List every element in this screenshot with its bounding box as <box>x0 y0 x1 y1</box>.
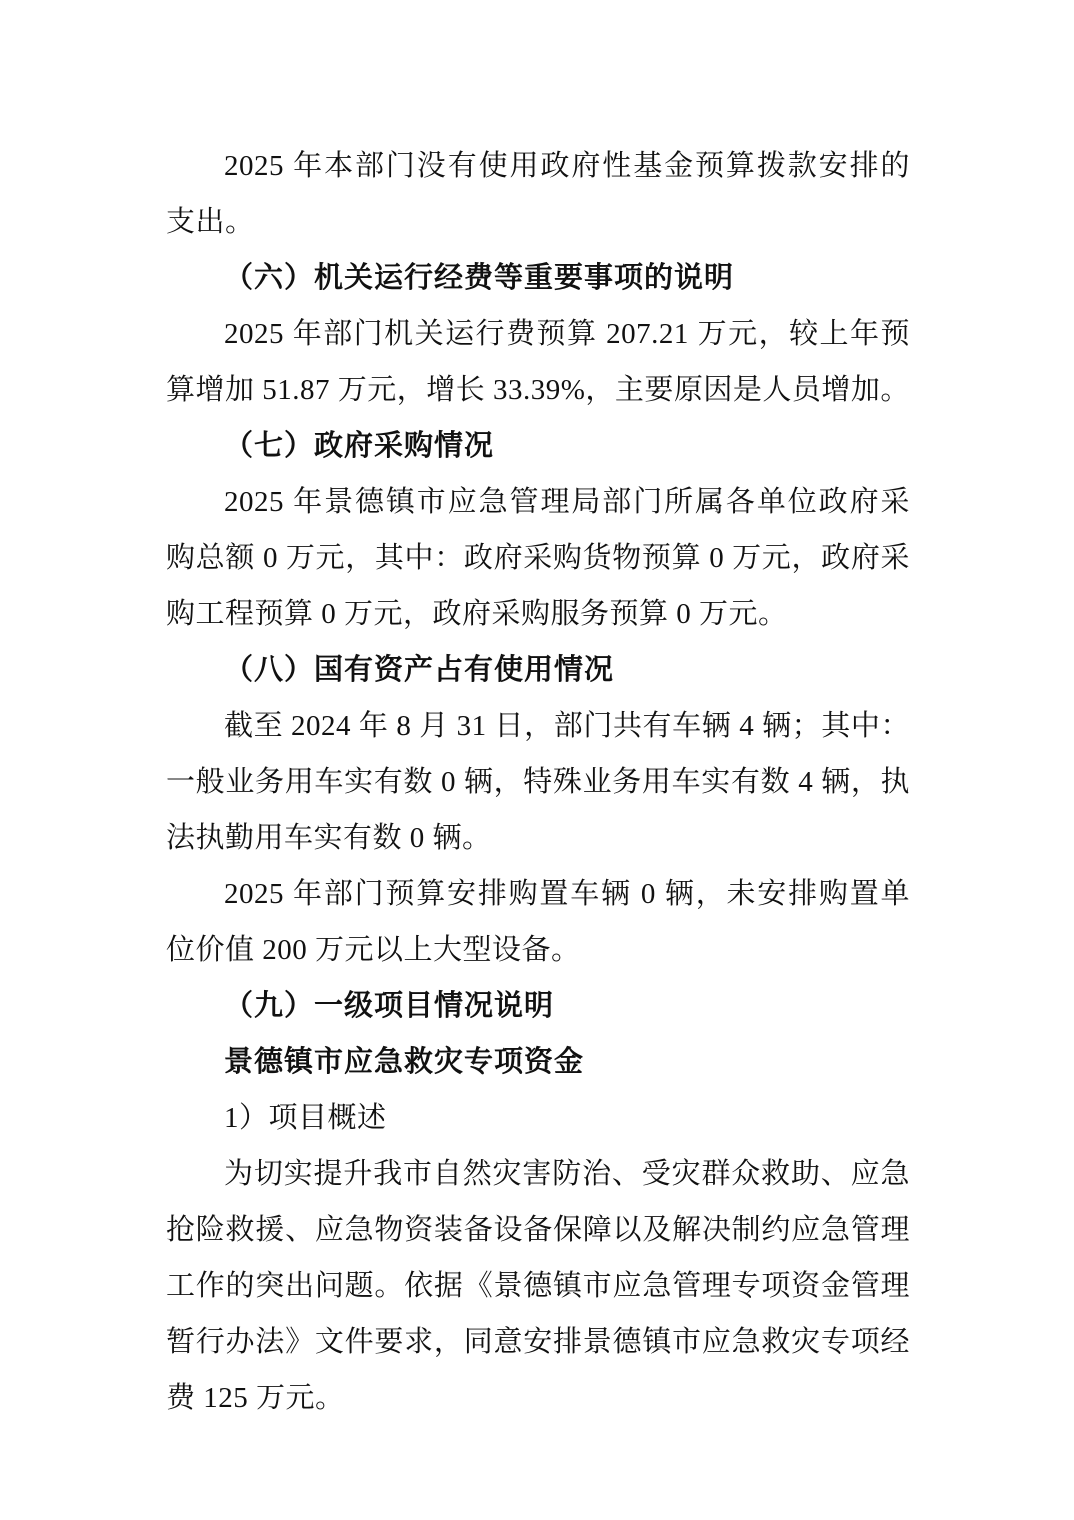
body-paragraph: 2025 年部门预算安排购置车辆 0 辆，未安排购置单位价值 200 万元以上大… <box>166 866 910 978</box>
body-paragraph: 为切实提升我市自然灾害防治、受灾群众救助、应急抢险救援、应急物资装备设备保障以及… <box>166 1146 910 1426</box>
body-paragraph: 2025 年本部门没有使用政府性基金预算拨款安排的支出。 <box>166 138 910 250</box>
document-body: 2025 年本部门没有使用政府性基金预算拨款安排的支出。（六）机关运行经费等重要… <box>166 138 910 1426</box>
section-heading: 景德镇市应急救灾专项资金 <box>166 1034 910 1090</box>
body-paragraph: 1）项目概述 <box>166 1090 910 1146</box>
document-page: 2025 年本部门没有使用政府性基金预算拨款安排的支出。（六）机关运行经费等重要… <box>0 0 1074 1520</box>
body-paragraph: 2025 年景德镇市应急管理局部门所属各单位政府采购总额 0 万元，其中：政府采… <box>166 474 910 642</box>
section-heading: （八）国有资产占有使用情况 <box>166 642 910 698</box>
section-heading: （七）政府采购情况 <box>166 418 910 474</box>
body-paragraph: 2025 年部门机关运行费预算 207.21 万元，较上年预算增加 51.87 … <box>166 306 910 418</box>
section-heading: （九）一级项目情况说明 <box>166 978 910 1034</box>
body-paragraph: 截至 2024 年 8 月 31 日，部门共有车辆 4 辆；其中：一般业务用车实… <box>166 698 910 866</box>
section-heading: （六）机关运行经费等重要事项的说明 <box>166 250 910 306</box>
